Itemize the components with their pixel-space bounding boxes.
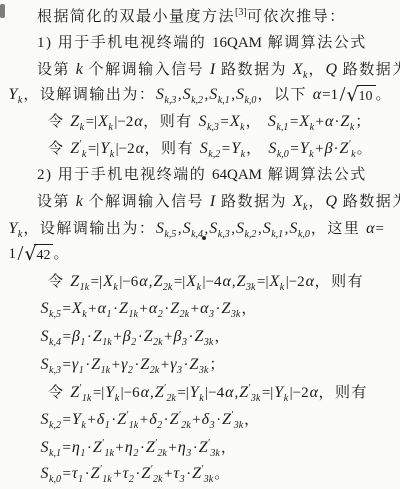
text-run: 2) 用于手机电视终端的	[37, 167, 212, 183]
math-operator: =	[62, 301, 71, 317]
text-run: 。	[214, 466, 231, 482]
math-variable: α	[135, 140, 144, 157]
math-operator: =	[62, 466, 71, 482]
text-run: 令	[48, 385, 70, 401]
math-variable: Y	[231, 140, 241, 157]
text-run: 根据简化的双最小量度方法	[37, 9, 235, 25]
math-operator: +	[88, 301, 97, 317]
math-subscript: 2	[133, 448, 139, 459]
math-operator: +	[139, 412, 148, 428]
text-line: Yk，设解调输出为：Sk,5,Sk,4,Sk,3,Sk,2,Sk,1,Sk,0，…	[8, 218, 384, 240]
text-line: 令 Z1k=|Xk|−6α,Z2k=|Xk|−4α,Z3k=|Xk|−2α，则有	[48, 271, 364, 293]
math-variable: Z	[90, 465, 100, 482]
math-operator: |−2	[114, 114, 134, 130]
math-variable: Z	[143, 328, 153, 345]
math-variable: S	[40, 465, 49, 482]
math-operator: +	[192, 412, 201, 428]
math-variable: Z	[141, 465, 151, 482]
math-variable: Z	[222, 411, 232, 428]
math-operator: =	[220, 114, 229, 130]
math-variable: S	[182, 220, 191, 237]
math-variable: Z	[169, 411, 179, 428]
sqrt-radical: √42	[24, 243, 53, 265]
math-subscript: 3k	[204, 337, 214, 348]
text-run: 令	[48, 141, 70, 157]
text-run: 路数据为	[216, 194, 293, 210]
text-run: 。	[357, 141, 374, 157]
math-subscript: k,3	[218, 229, 231, 240]
math-operator: =	[375, 221, 384, 237]
math-operator: =	[290, 141, 299, 157]
math-operator: =	[62, 440, 71, 456]
math-operator: ·	[111, 412, 117, 428]
math-variable: X	[186, 273, 197, 290]
math-variable: Q	[325, 193, 338, 210]
text-run: ，	[308, 194, 325, 210]
math-variable: Y	[105, 384, 115, 401]
math-subscript: k	[303, 70, 308, 81]
math-operator: =|	[92, 385, 104, 401]
text-run: 路数据为	[338, 62, 400, 78]
math-variable: Y	[274, 384, 284, 401]
math-variable: Z	[119, 300, 129, 317]
math-subscript: 1	[78, 474, 84, 485]
text-run: ，则有	[319, 385, 369, 401]
math-operator: +	[115, 440, 124, 456]
math-subscript: 2k	[180, 309, 190, 320]
math-subscript: 3	[180, 474, 186, 485]
math-subscript: 3k	[234, 420, 244, 431]
text-run: 。	[376, 87, 393, 103]
math-subscript: 3k	[210, 448, 220, 459]
math-operator: |−2	[115, 141, 135, 157]
document-page: 根据简化的双最小量度方法[3]可依次推导：1) 用于手机电视终端的 16QAM …	[0, 0, 400, 489]
math-subscript: k	[18, 229, 23, 240]
math-variable: α	[312, 86, 321, 103]
math-subscript: 1k	[101, 365, 111, 376]
math-variable: Z	[153, 273, 163, 290]
math-subscript: 1	[80, 448, 86, 459]
math-operator: =|	[85, 114, 97, 130]
math-variable: S	[268, 140, 277, 157]
text-run: ；	[209, 357, 226, 373]
math-variable: Z	[70, 384, 80, 401]
math-operator: |−6	[120, 385, 140, 401]
math-operator: +	[160, 357, 169, 373]
math-subscript: k	[240, 122, 245, 133]
math-variable: S	[209, 86, 218, 103]
math-variable: S	[262, 220, 271, 237]
math-variable: α	[139, 273, 148, 290]
math-subscript: k	[82, 149, 87, 160]
text-run: 路数据为	[216, 62, 293, 78]
text-run: ，	[246, 114, 268, 130]
math-subscript: 1	[79, 365, 85, 376]
text-run: 个解调输入信号	[83, 62, 209, 78]
math-operator: 1	[8, 246, 17, 262]
math-operator: ·	[135, 466, 141, 482]
math-operator: |−6	[119, 274, 139, 290]
math-variable: S	[199, 140, 208, 157]
math-variable: Z	[92, 439, 102, 456]
text-run: 1) 用于手机电视终端的	[37, 35, 212, 51]
math-subscript: 1	[107, 309, 113, 320]
text-run: 。	[53, 246, 70, 262]
math-subscript: 3k	[251, 393, 261, 404]
math-variable: Z	[70, 113, 80, 130]
math-subscript: 3	[209, 309, 215, 320]
math-subscript: k	[80, 122, 85, 133]
text-run: ，则有	[315, 274, 365, 290]
math-operator: |−4	[205, 385, 225, 401]
math-subscript: 3	[210, 420, 216, 431]
math-variable: η	[177, 439, 186, 456]
math-variable: Z	[340, 113, 350, 130]
math-operator: ·	[113, 301, 119, 317]
math-variable: γ	[71, 356, 78, 373]
math-subscript: 2k	[153, 337, 163, 348]
math-variable: S	[40, 439, 49, 456]
math-variable: η	[124, 439, 133, 456]
math-variable: α	[366, 220, 375, 237]
text-run: ；	[355, 114, 372, 130]
math-variable: δ	[96, 411, 104, 428]
math-subscript: k	[350, 122, 355, 133]
math-subscript: 1k	[128, 309, 138, 320]
math-subscript: k	[284, 393, 289, 404]
math-subscript: k,4	[49, 337, 62, 348]
math-subscript: k	[197, 282, 202, 293]
math-subscript: k,0	[244, 95, 257, 106]
math-subscript: 3	[177, 365, 183, 376]
text-line: Sk,4=β1·Z1k+β2·Z2k+β3·Z3k，	[40, 326, 231, 348]
math-variable: Y	[100, 140, 110, 157]
math-operator: =	[62, 412, 71, 428]
math-subscript: 1k	[102, 474, 112, 485]
math-subscript: 2	[158, 309, 164, 320]
text-run: 可依次推导：	[247, 9, 346, 25]
math-subscript: k,0	[49, 474, 62, 485]
math-subscript: 2	[129, 474, 135, 485]
math-operator: +	[168, 440, 177, 456]
math-variable: X	[103, 273, 114, 290]
math-subscript: k,0	[298, 229, 311, 240]
math-subscript: 3	[182, 337, 188, 348]
text-run: ，则有	[145, 141, 200, 157]
math-operator: +	[139, 301, 148, 317]
math-operator: +	[111, 357, 120, 373]
math-variable: β	[122, 328, 131, 345]
text-run: 设第	[37, 194, 75, 210]
math-subscript: 1k	[102, 337, 112, 348]
text-run: ，则有	[143, 114, 198, 130]
math-variable: γ	[121, 356, 128, 373]
math-subscript: k,2	[208, 149, 221, 160]
math-subscript: 2k	[157, 448, 167, 459]
math-subscript: k	[18, 95, 23, 106]
math-variable: Z	[236, 273, 246, 290]
math-variable: Z	[239, 384, 249, 401]
math-variable: Y	[8, 220, 18, 237]
math-subscript: 1	[105, 420, 111, 431]
math-operator: =	[221, 141, 230, 157]
math-variable: Z	[70, 140, 80, 157]
math-subscript: k	[310, 122, 315, 133]
text-line: 1) 用于手机电视终端的 16QAM 解调算法公式	[37, 33, 367, 55]
scan-artifact	[0, 4, 5, 18]
text-run: 个解调输入信号	[83, 194, 209, 210]
math-variable: α	[200, 300, 209, 317]
math-subscript: k	[280, 282, 285, 293]
fraction-slash: /	[339, 82, 347, 106]
math-subscript: k	[115, 393, 120, 404]
text-line: 1/√42。	[8, 243, 70, 265]
math-subscript: 2k	[163, 282, 173, 293]
scan-artifact	[202, 236, 206, 240]
math-operator: |−2	[289, 385, 309, 401]
math-variable: Q	[325, 61, 338, 78]
math-subscript: k	[108, 122, 113, 133]
math-subscript: 2	[131, 337, 137, 348]
math-variable: Z	[339, 140, 349, 157]
math-operator: ·	[216, 412, 222, 428]
math-subscript: k	[241, 149, 246, 160]
math-subscript: 3k	[204, 474, 214, 485]
math-subscript: k	[82, 309, 87, 320]
math-variable: Z	[198, 439, 208, 456]
math-variable: Z	[221, 300, 231, 317]
math-operator: =|	[177, 385, 189, 401]
text-run: 设第	[37, 62, 75, 78]
text-run: ，	[246, 141, 268, 157]
text-line: Sk,3=γ1·Z1k+γ2·Z2k+γ3·Z3k；	[40, 354, 226, 376]
math-operator: ·	[186, 466, 192, 482]
math-subscript: 1k	[80, 282, 90, 293]
math-variable: Z	[145, 439, 155, 456]
math-operator: =|	[257, 274, 269, 290]
math-subscript: 3k	[231, 309, 241, 320]
math-operator: =	[289, 114, 298, 130]
math-variable: X	[299, 113, 310, 130]
math-subscript: k,0	[277, 149, 290, 160]
math-variable: S	[182, 86, 191, 103]
math-subscript: 1k	[82, 393, 92, 404]
math-subscript: k,3	[49, 365, 62, 376]
math-subscript: 2	[157, 420, 163, 431]
math-variable: Z	[140, 356, 150, 373]
math-subscript: 2k	[166, 393, 176, 404]
math-subscript: k,3	[207, 122, 220, 133]
math-variable: α	[309, 384, 318, 401]
math-subscript: 1	[80, 337, 86, 348]
text-line: 设第 k 个解调输入信号 I 路数据为 Xk，Q 路数据为	[37, 191, 400, 213]
math-variable: α	[325, 113, 334, 130]
math-variable: τ	[122, 465, 129, 482]
math-subscript: k	[309, 149, 314, 160]
text-run: ，	[221, 440, 238, 456]
math-variable: S	[40, 411, 49, 428]
math-operator: |−4	[202, 274, 222, 290]
math-subscript: 3	[186, 448, 192, 459]
text-line: Sk,5=Xk+α1·Z1k+α2·Z2k+α3·Z3k，	[40, 298, 258, 320]
math-variable: X	[292, 61, 303, 78]
math-variable: S	[289, 220, 298, 237]
text-line: 令 Z′k=|Yk|−2α，则有 Sk,2=Yk， Sk,0=Yk+β·Z′k。	[48, 138, 373, 160]
radicand: 10	[357, 85, 376, 107]
math-operator: +	[315, 141, 324, 157]
math-variable: X	[98, 113, 109, 130]
math-subscript: 3k	[246, 282, 256, 293]
math-variable: Z	[170, 300, 180, 317]
text-line: 2) 用于手机电视终端的 64QAM 解调算法公式	[37, 165, 367, 187]
math-subscript: k,1	[49, 448, 62, 459]
math-variable: X	[269, 273, 280, 290]
math-variable: α	[134, 113, 143, 130]
math-superscript: [3]	[235, 7, 247, 18]
math-operator: 16QAM	[212, 35, 263, 51]
math-variable: β	[324, 140, 333, 157]
text-run: ，	[308, 62, 325, 78]
math-variable: δ	[149, 411, 157, 428]
math-subscript: k,2	[244, 229, 257, 240]
math-variable: Y	[189, 384, 199, 401]
math-variable: α	[225, 384, 234, 401]
math-subscript: k,2	[191, 95, 204, 106]
math-variable: Z	[189, 356, 199, 373]
math-subscript: k,1	[218, 95, 231, 106]
math-subscript: k,1	[276, 122, 289, 133]
math-operator: =|	[87, 141, 99, 157]
text-run: 路数据为	[338, 194, 400, 210]
math-variable: Z	[194, 328, 204, 345]
math-subscript: k	[113, 282, 118, 293]
math-variable: Z	[92, 328, 102, 345]
math-subscript: 1k	[104, 448, 114, 459]
math-operator: +	[315, 114, 324, 130]
text-run: 令	[48, 274, 70, 290]
fraction-slash: /	[17, 241, 25, 265]
math-variable: Z	[154, 384, 164, 401]
text-line: Yk，设解调输出为：Sk,3,Sk,2,Sk,1,Sk,0，以下 α=1/√10…	[8, 84, 392, 106]
math-variable: Z	[91, 356, 101, 373]
math-operator: =1	[322, 87, 339, 103]
text-run: ，	[241, 301, 258, 317]
math-variable: α	[97, 300, 106, 317]
math-operator: =|	[90, 274, 102, 290]
math-operator: =|	[173, 274, 185, 290]
math-subscript: 3k	[199, 365, 209, 376]
math-variable: Z	[192, 465, 202, 482]
math-subscript: 1k	[129, 420, 139, 431]
radicand: 42	[34, 244, 53, 266]
math-variable: α	[222, 273, 231, 290]
math-variable: α	[140, 384, 149, 401]
math-subscript: 2k	[181, 420, 191, 431]
math-operator: +	[87, 412, 96, 428]
math-variable: τ	[173, 465, 180, 482]
math-subscript: 2	[128, 365, 134, 376]
text-line: 令 Z′1k=|Yk|−6α,Z′2k=|Yk|−4α,Z′3k=|Yk|−2α…	[48, 382, 368, 404]
math-subscript: k,1	[271, 229, 284, 240]
sqrt-radical: √10	[346, 84, 375, 106]
math-subscript: k	[303, 202, 308, 213]
math-variable: Y	[8, 86, 18, 103]
math-operator: |−2	[285, 274, 305, 290]
math-subscript: k	[110, 149, 115, 160]
math-operator: ·	[164, 301, 170, 317]
math-subscript: 2k	[150, 365, 160, 376]
text-run: 解调算法公式	[263, 35, 367, 51]
math-operator: +	[113, 329, 122, 345]
math-subscript: k	[81, 420, 86, 431]
math-variable: S	[198, 113, 207, 130]
math-subscript: k	[351, 149, 356, 160]
math-operator: =	[62, 329, 71, 345]
math-subscript: k,2	[49, 420, 62, 431]
text-run: ，这里	[311, 221, 366, 237]
text-line: 根据简化的双最小量度方法[3]可依次推导：	[37, 7, 346, 29]
math-variable: δ	[201, 411, 209, 428]
text-line: Sk,1=η1·Z′1k+η2·Z′2k+η3·Z′3k，	[40, 437, 237, 459]
math-variable: S	[40, 356, 49, 373]
math-variable: X	[229, 113, 240, 130]
text-run: ，	[214, 329, 231, 345]
math-variable: S	[40, 300, 49, 317]
math-variable: Z	[70, 273, 80, 290]
math-variable: β	[173, 328, 182, 345]
text-line: 设第 k 个解调输入信号 I 路数据为 Xk，Q 路数据为	[37, 59, 400, 81]
text-line: Sk,0=τ1·Z′1k+τ2·Z′2k+τ3·Z′3k。	[40, 463, 231, 485]
text-run: ，设解调输出为：	[23, 87, 155, 103]
text-run: ，以下	[257, 87, 312, 103]
math-variable: X	[292, 193, 303, 210]
math-variable: Y	[71, 411, 81, 428]
math-variable: Z	[117, 411, 127, 428]
math-subscript: k	[199, 393, 204, 404]
math-operator: ·	[85, 357, 91, 373]
text-line: Sk,2=Yk+δ1·Z′1k+δ2·Z′2k+δ3·Z′3k，	[40, 409, 261, 431]
math-variable: Y	[299, 140, 309, 157]
math-operator: +	[163, 466, 172, 482]
math-operator: =	[62, 357, 71, 373]
text-run: ，	[244, 412, 261, 428]
text-run: ，设解调输出为：	[23, 221, 155, 237]
text-run: 令	[48, 114, 70, 130]
math-variable: γ	[170, 356, 177, 373]
math-operator: =|	[261, 385, 273, 401]
text-run: 解调算法公式	[263, 167, 367, 183]
math-operator: 64QAM	[212, 167, 263, 183]
math-subscript: 2k	[153, 474, 163, 485]
math-subscript: k,5	[49, 309, 62, 320]
math-variable: α	[305, 273, 314, 290]
math-operator: +	[113, 466, 122, 482]
math-operator: +	[190, 301, 199, 317]
math-variable: α	[148, 300, 157, 317]
math-operator: ·	[134, 357, 140, 373]
text-line: 令 Zk=|Xk|−2α，则有 Sk,3=Xk， Sk,1=Xk+α·Zk；	[48, 111, 372, 133]
math-variable: X	[71, 300, 82, 317]
math-subscript: k,3	[164, 95, 177, 106]
math-operator: +	[164, 329, 173, 345]
math-variable: S	[40, 328, 49, 345]
math-variable: S	[209, 220, 218, 237]
math-subscript: k,5	[164, 229, 177, 240]
